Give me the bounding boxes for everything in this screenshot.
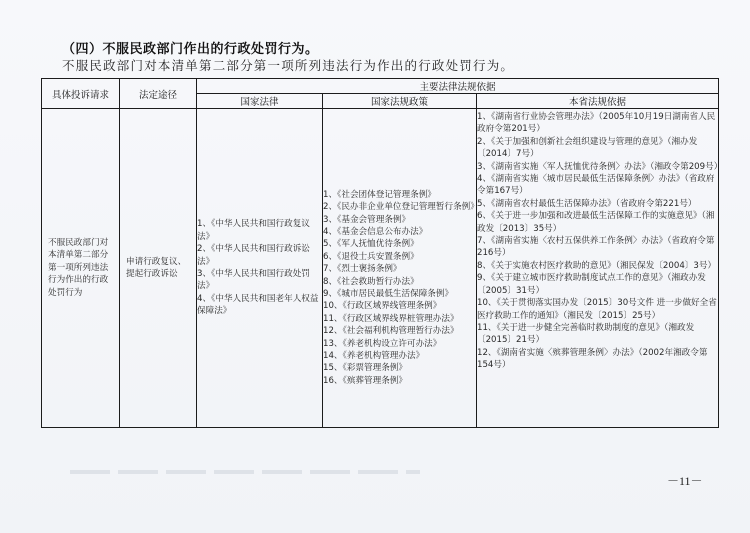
- cell-provincial: 1、《湖南省行业协会管理办法》（2005年10月19日湖南省人民政府令第201号…: [477, 109, 719, 428]
- list-item: 5、《军人抚恤优待条例》: [323, 238, 476, 250]
- document-page: （四）不服民政部门作出的行政处罚行为。 不服民政部门对本清单第二部分第一项所列违…: [0, 0, 750, 533]
- list-item: 12、《社会福利机构管理暂行办法》: [323, 325, 476, 337]
- header-row-1: 具体投诉请求 法定途径 主要法律法规依据: [42, 79, 719, 94]
- show-through-divider: [70, 470, 420, 474]
- cell-channel: 申请行政复议、提起行政诉讼: [120, 109, 197, 428]
- list-item: 13、《养老机构设立许可办法》: [323, 338, 476, 350]
- list-item: 1、《湖南省行业协会管理办法》（2005年10月19日湖南省人民政府令第201号…: [477, 111, 718, 136]
- list-item: 8、《社会救助暂行办法》: [323, 276, 476, 288]
- list-item: 9、《关于建立城市医疗救助制度试点工作的意见》（湘政办发〔2005〕31号）: [477, 272, 718, 297]
- table-row: 不服民政部门对本清单第二部分第一项所列违法行为作出的行政处罚行为 申请行政复议、…: [42, 109, 719, 428]
- header-basis-group: 主要法律法规依据: [197, 79, 719, 94]
- list-item: 3、《中华人民共和国行政处罚法》: [197, 268, 322, 293]
- cell-complaint: 不服民政部门对本清单第二部分第一项所列违法行为作出的行政处罚行为: [42, 109, 120, 428]
- list-item: 5、《湖南省农村最低生活保障办法》（省政府令第221号）: [477, 198, 718, 210]
- header-national-regulations: 国家法规政策: [323, 94, 477, 109]
- list-item: 4、《中华人民共和国老年人权益保障法》: [197, 293, 322, 318]
- list-item: 2、《民办非企业单位登记管理暂行条例》: [323, 201, 476, 213]
- list-item: 11、《关于进一步健全完善临时救助制度的意见》（湘政发〔2015〕21号）: [477, 322, 718, 347]
- list-item: 7、《烈士褒扬条例》: [323, 263, 476, 275]
- list-item: 6、《退役士兵安置条例》: [323, 251, 476, 263]
- list-item: 10、《行政区域界线管理条例》: [323, 300, 476, 312]
- legal-basis-table: 具体投诉请求 法定途径 主要法律法规依据 国家法律 国家法规政策 本省法规依据 …: [41, 78, 719, 428]
- list-item: 7、《湖南省实施〈农村五保供养工作条例〉办法》（省政府令第216号）: [477, 235, 718, 260]
- header-complaint: 具体投诉请求: [42, 79, 120, 109]
- list-item: 2、《关于加强和创新社会组织建设与管理的意见》（湘办发〔2014〕7号）: [477, 136, 718, 161]
- list-item: 3、《基金会管理条例》: [323, 214, 476, 226]
- section-heading: （四）不服民政部门作出的行政处罚行为。: [62, 38, 319, 57]
- list-item: 2、《中华人民共和国行政诉讼法》: [197, 243, 322, 268]
- list-item: 1、《社会团体登记管理条例》: [323, 189, 476, 201]
- list-item: 11、《行政区域界线界桩管理办法》: [323, 313, 476, 325]
- list-item: 10、《关于贯彻落实国办发〔2015〕30号文件 进一步做好全省医疗救助工作的通…: [477, 297, 718, 322]
- list-item: 4、《湖南省实施〈城市居民最低生活保障条例〉办法》（省政府令第167号）: [477, 173, 718, 198]
- section-intro: 不服民政部门对本清单第二部分第一项所列违法行为作出的行政处罚行为。: [62, 56, 514, 74]
- list-item: 3、《湖南省实施〈军人抚恤优待条例〉办法》（湘政令第209号）: [477, 161, 718, 173]
- list-item: 9、《城市居民最低生活保障条例》: [323, 288, 476, 300]
- header-provincial: 本省法规依据: [477, 94, 719, 109]
- list-item: 6、《关于进一步加强和改进最低生活保障工作的实施意见》（湘政发〔2013〕35号…: [477, 210, 718, 235]
- list-item: 1、《中华人民共和国行政复议法》: [197, 218, 322, 243]
- list-item: 16、《殡葬管理条例》: [323, 375, 476, 387]
- header-national-law: 国家法律: [197, 94, 323, 109]
- list-item: 14、《养老机构管理办法》: [323, 350, 476, 362]
- page-number: －11－: [667, 472, 703, 489]
- list-item: 8、《关于实施农村医疗救助的意见》（湘民保发〔2004〕3号）: [477, 260, 718, 272]
- list-item: 4、《基金会信息公布办法》: [323, 226, 476, 238]
- list-item: 15、《彩票管理条例》: [323, 362, 476, 374]
- header-channel: 法定途径: [120, 79, 197, 109]
- cell-national-law: 1、《中华人民共和国行政复议法》 2、《中华人民共和国行政诉讼法》 3、《中华人…: [197, 109, 323, 428]
- cell-national-regulations: 1、《社会团体登记管理条例》 2、《民办非企业单位登记管理暂行条例》 3、《基金…: [323, 109, 477, 428]
- list-item: 12、《湖南省实施〈殡葬管理条例〉办法》（2002年湘政令第154号）: [477, 347, 718, 372]
